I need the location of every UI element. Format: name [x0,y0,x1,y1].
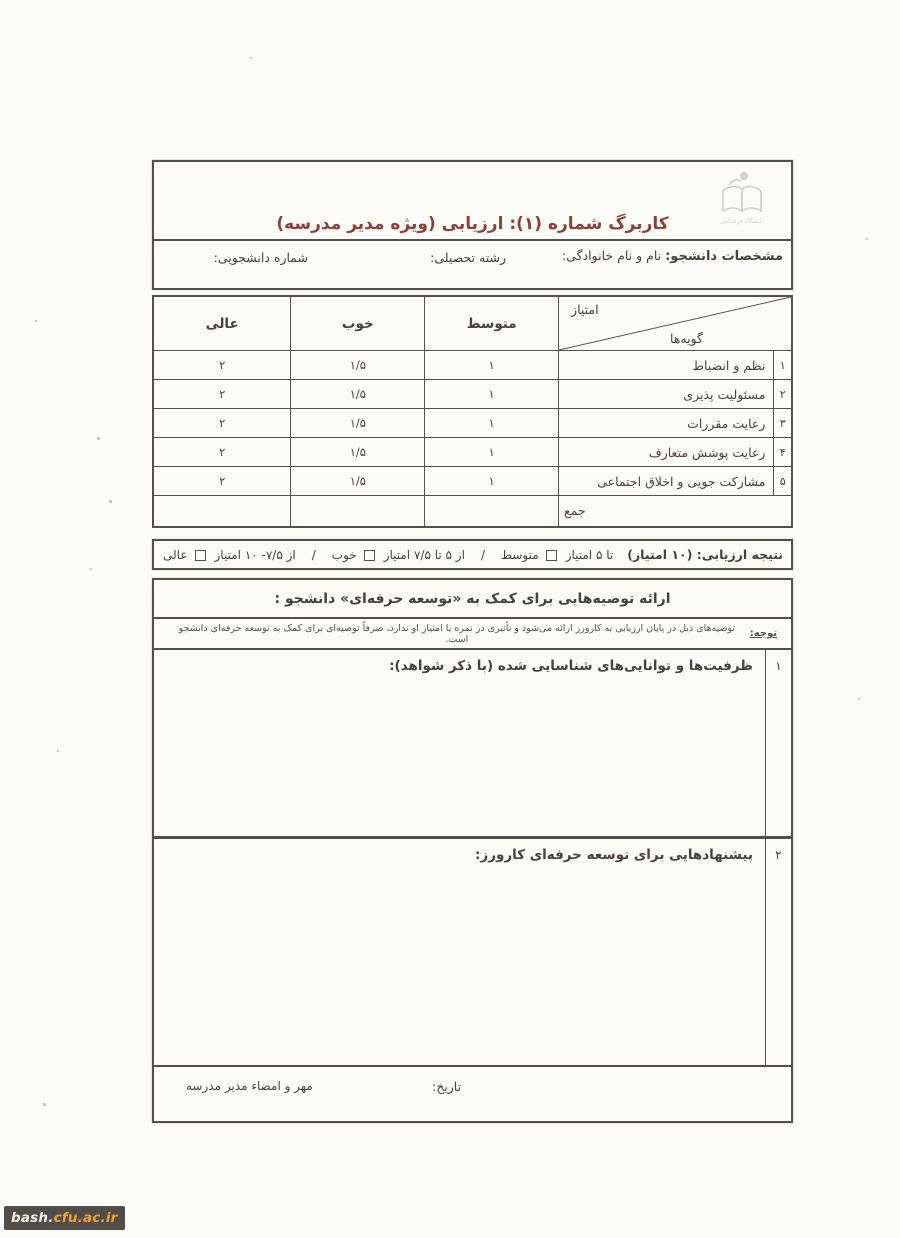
value-excellent: ۲ [153,351,291,380]
table-row: ۵ مشارکت جویی و اخلاق اجتماعی ۱ ۱/۵ ۲ [153,467,792,496]
scan-speck [109,500,112,503]
row-number: ۲ [774,380,792,409]
item-label: مسئولیت پذیری [559,380,774,409]
separator: / [481,548,485,562]
site-watermark: bash.cfu.ac.ir [4,1206,125,1230]
value-good: ۱/۵ [291,438,425,467]
value-medium: ۱ [425,351,559,380]
row-number: ۴ [774,438,792,467]
section-number: ۱ [765,650,791,836]
scan-speck [90,568,92,570]
section-suggestions: ۲ پیشنهادهایی برای توسعه حرفه‌ای کارورز: [154,839,791,1067]
student-id-field-label: شماره دانشجویی: [214,250,308,265]
form-header-box: کاربرگ شماره (۱): ارزیابی (ویژه مدیر مدر… [152,160,793,290]
empty-cell [153,496,291,527]
scan-speck [35,320,37,322]
value-good: ۱/۵ [291,380,425,409]
result-row: نتیجه ارزیابی: (۱۰ امتیاز) تا ۵ امتیازمت… [152,539,793,570]
section-capacities: ۱ ظرفیت‌ها و توانایی‌های شناسایی شده (با… [154,650,791,839]
sum-row: جمع [153,496,792,527]
checkbox-medium [546,550,557,561]
item-label: مشارکت جویی و اخلاق اجتماعی [559,467,774,496]
value-good: ۱/۵ [291,467,425,496]
student-section-label: مشخصات دانشجو: [665,249,783,264]
scan-speck [858,698,860,700]
result-option-excellent: از ۷/۵- ۱۰ امتیازعالی [163,548,296,562]
student-info-row: مشخصات دانشجو: نام و نام خانوادگی: رشته … [154,241,791,288]
value-medium: ۱ [425,409,559,438]
date-field-label: تاریخ: [432,1079,461,1094]
value-good: ۱/۵ [291,351,425,380]
table-row: ۲ مسئولیت پذیری ۱ ۱/۵ ۲ [153,380,792,409]
column-header-excellent: عالی [153,296,291,351]
scanned-form-page: کاربرگ شماره (۱): ارزیابی (ویژه مدیر مدر… [0,0,900,1238]
recommendations-header: ارائه توصیه‌هایی برای کمک به «توسعه حرفه… [154,580,791,619]
value-excellent: ۲ [153,438,291,467]
checkbox-excellent [195,550,206,561]
value-medium: ۱ [425,380,559,409]
table-row: ۱ نظم و انضباط ۱ ۱/۵ ۲ [153,351,792,380]
row-number: ۳ [774,409,792,438]
table-row: ۳ رعایت مقررات ۱ ۱/۵ ۲ [153,409,792,438]
value-excellent: ۲ [153,467,291,496]
scan-speck [57,750,59,752]
corner-items-label: گویه‌ها [670,331,703,346]
sum-label: جمع [559,496,792,527]
title-row: کاربرگ شماره (۱): ارزیابی (ویژه مدیر مدر… [154,162,791,241]
value-excellent: ۲ [153,380,291,409]
scan-speck [250,57,252,59]
corner-score-label: امتیاز [571,302,599,317]
watermark-prefix: bash. [11,1210,54,1226]
note-label: توجه: [750,628,777,639]
row-number: ۱ [774,351,792,380]
scan-speck [97,437,100,440]
item-label: رعایت پوشش متعارف [559,438,774,467]
item-label: رعایت مقررات [559,409,774,438]
value-good: ۱/۵ [291,409,425,438]
student-major-field-label: رشته تحصیلی: [430,250,506,265]
value-excellent: ۲ [153,409,291,438]
section-capacities-label: ظرفیت‌ها و توانایی‌های شناسایی شده (با ذ… [389,658,753,674]
checkbox-good [364,550,375,561]
recommendations-note: توجه: توصیه‌های ذیل در پایان ارزیابی به … [154,619,791,650]
svg-text:دانشگاه فرهنگیان: دانشگاه فرهنگیان [720,217,764,225]
table-header-row: امتیاز گویه‌ها متوسط خوب عالی [153,296,792,351]
corner-cell: امتیاز گویه‌ها [559,296,792,351]
result-option-medium: تا ۵ امتیازمتوسط [501,548,613,562]
row-number: ۵ [774,467,792,496]
stamp-signature-label: مهر و امضاء مدیر مدرسه [186,1079,313,1093]
value-medium: ۱ [425,438,559,467]
item-label: نظم و انضباط [559,351,774,380]
university-emblem-icon: دانشگاه فرهنگیان [715,167,769,233]
table-row: ۴ رعایت پوشش متعارف ۱ ۱/۵ ۲ [153,438,792,467]
scan-speck [43,1103,46,1106]
watermark-suffix: cfu.ac.ir [54,1210,118,1226]
result-label: نتیجه ارزیابی: (۱۰ امتیاز) [627,547,783,562]
section-suggestions-label: پیشنهادهایی برای توسعه حرفه‌ای کارورز: [475,847,753,863]
empty-cell [291,496,425,527]
student-name-field-label: مشخصات دانشجو: نام و نام خانوادگی: [562,248,783,264]
separator: / [312,548,316,562]
signature-row: تاریخ: مهر و امضاء مدیر مدرسه [154,1067,791,1122]
column-header-good: خوب [291,296,425,351]
note-text: توصیه‌های ذیل در پایان ارزیابی به کارورز… [168,623,746,645]
scan-speck [866,238,868,240]
column-header-medium: متوسط [425,296,559,351]
value-medium: ۱ [425,467,559,496]
recommendations-box: ارائه توصیه‌هایی برای کمک به «توسعه حرفه… [152,578,793,1123]
result-option-good: از ۵ تا ۷/۵ امتیازخوب [332,548,465,562]
score-table: امتیاز گویه‌ها متوسط خوب عالی ۱ نظم و ان… [152,295,793,528]
page-title: کاربرگ شماره (۱): ارزیابی (ویژه مدیر مدر… [154,214,791,234]
empty-cell [425,496,559,527]
section-number: ۲ [765,839,791,1065]
